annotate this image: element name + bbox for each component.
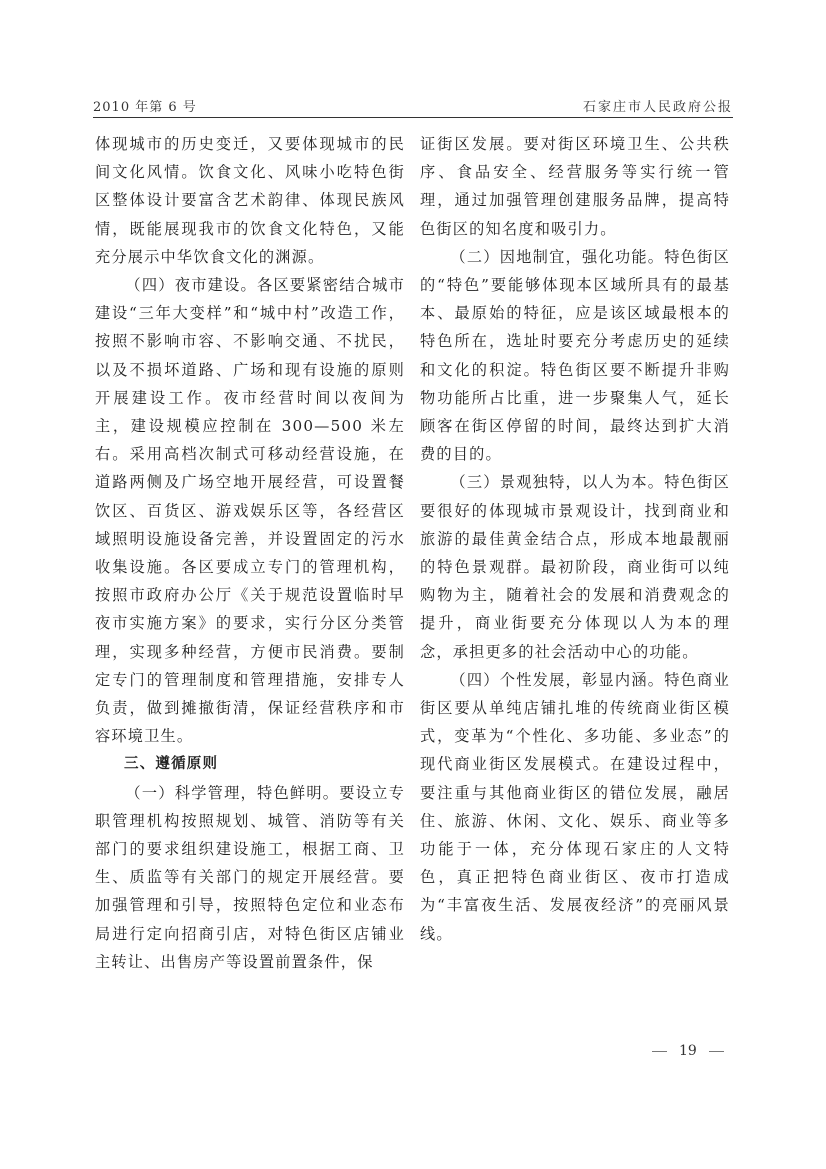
- header-rule: [93, 117, 733, 118]
- paragraph-continuation: 证街区发展。要对街区环境卫生、公共秩序、食品安全、经营服务等实行统一管理，通过加…: [420, 130, 730, 243]
- paragraph-night-market: （四）夜市建设。各区要紧密结合城市建设“三年大变样”和“城中村”改造工作，按照不…: [95, 271, 405, 750]
- page-footer: 19: [640, 1043, 736, 1059]
- section-heading: 三、遵循原则: [95, 750, 405, 778]
- dash-left: [652, 1051, 667, 1052]
- paragraph-scientific-management: （一）科学管理，特色鲜明。要设立专职管理机构按照规划、城管、消防等有关部门的要求…: [95, 779, 405, 976]
- issue-label: 2010 年第 6 号: [93, 96, 197, 115]
- publication-title: 石家庄市人民政府公报: [583, 96, 733, 115]
- paragraph-individuality: （四）个性发展，彰显内涵。特色商业街区要从单纯店铺扎堆的传统商业街区模式，变革为…: [420, 666, 730, 948]
- page-number: 19: [679, 1043, 697, 1059]
- paragraph-continuation: 体现城市的历史变迁，又要体现城市的民间文化风情。饮食文化、风味小吃特色街区整体设…: [95, 130, 405, 271]
- paragraph-landscape: （三）景观独特，以人为本。特色街区要很好的体现城市景观设计，找到商业和旅游的最佳…: [420, 468, 730, 665]
- dash-right: [709, 1051, 724, 1052]
- running-header: 2010 年第 6 号 石家庄市人民政府公报: [93, 96, 733, 114]
- left-column: 体现城市的历史变迁，又要体现城市的民间文化风情。饮食文化、风味小吃特色街区整体设…: [95, 130, 405, 976]
- paragraph-local-conditions: （二）因地制宜，强化功能。特色街区的“特色”要能够体现本区域所具有的最基本、最原…: [420, 243, 730, 469]
- right-column: 证街区发展。要对街区环境卫生、公共秩序、食品安全、经营服务等实行统一管理，通过加…: [420, 130, 730, 948]
